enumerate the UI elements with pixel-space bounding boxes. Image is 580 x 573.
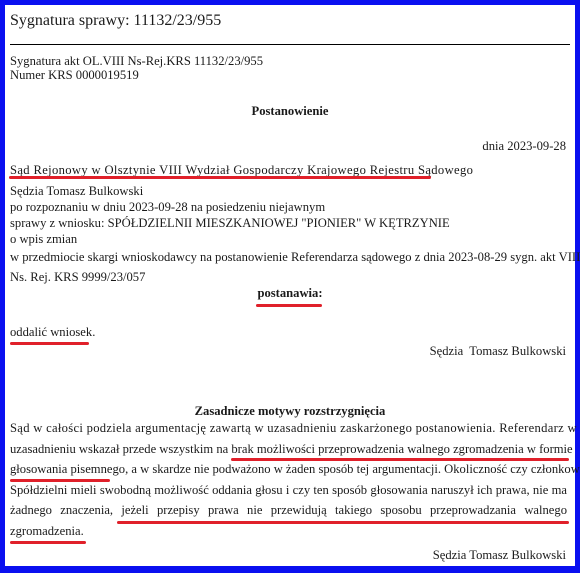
court-underline: [9, 176, 431, 179]
reasons-line: żadnego znaczenia, jeżeli przepisy prawa…: [10, 500, 567, 521]
case-subject: o wpis zmian: [10, 231, 77, 247]
case-parties: sprawy z wniosku: SPÓŁDZIELNII MIESZKANI…: [10, 215, 450, 231]
matter-line-2: Ns. Rej. KRS 9999/23/057: [10, 269, 145, 285]
ruling-text: oddalić wniosek.: [10, 324, 95, 340]
reasons-line: Sąd w całości podziela argumentację zawa…: [10, 418, 567, 439]
resolves-underline: [256, 304, 322, 307]
reasons-underline-1a: [231, 458, 569, 461]
reasons-line: Spółdzielni mieli swobodną możliwość odd…: [10, 480, 567, 501]
document-page: Sygnatura sprawy: 11132/23/955 Sygnatura…: [5, 5, 575, 566]
matter-line-1: w przedmiocie skargi wnioskodawcy na pos…: [10, 249, 580, 265]
case-signature-title: Sygnatura sprawy: 11132/23/955: [10, 11, 221, 31]
decision-heading: Postanowienie: [5, 103, 575, 119]
resolves-label: postanawia:: [5, 285, 575, 301]
reasons-heading: Zasadnicze motywy rozstrzygnięcia: [5, 403, 575, 419]
krs-number: Numer KRS 0000019519: [10, 67, 139, 83]
ruling-underline: [10, 342, 89, 345]
reasons-line: głosowania pisemnego, a w skardze nie po…: [10, 459, 567, 480]
reasons-underline-2b: [10, 541, 86, 544]
ruling-signature: Sędzia Tomasz Bulkowski: [430, 343, 566, 359]
hearing-info: po rozpoznaniu w dniu 2023-09-28 na posi…: [10, 199, 325, 215]
reasons-line: uzasadnieniu wskazał przede wszystkim na…: [10, 439, 567, 460]
reasons-underline-1b: [10, 479, 110, 482]
reasons-signature: Sędzia Tomasz Bulkowski: [433, 547, 566, 563]
reasons-underline-2a: [117, 521, 569, 524]
header-divider: [10, 44, 570, 45]
decision-date: dnia 2023-09-28: [482, 138, 566, 154]
judge-name: Sędzia Tomasz Bulkowski: [10, 183, 143, 199]
